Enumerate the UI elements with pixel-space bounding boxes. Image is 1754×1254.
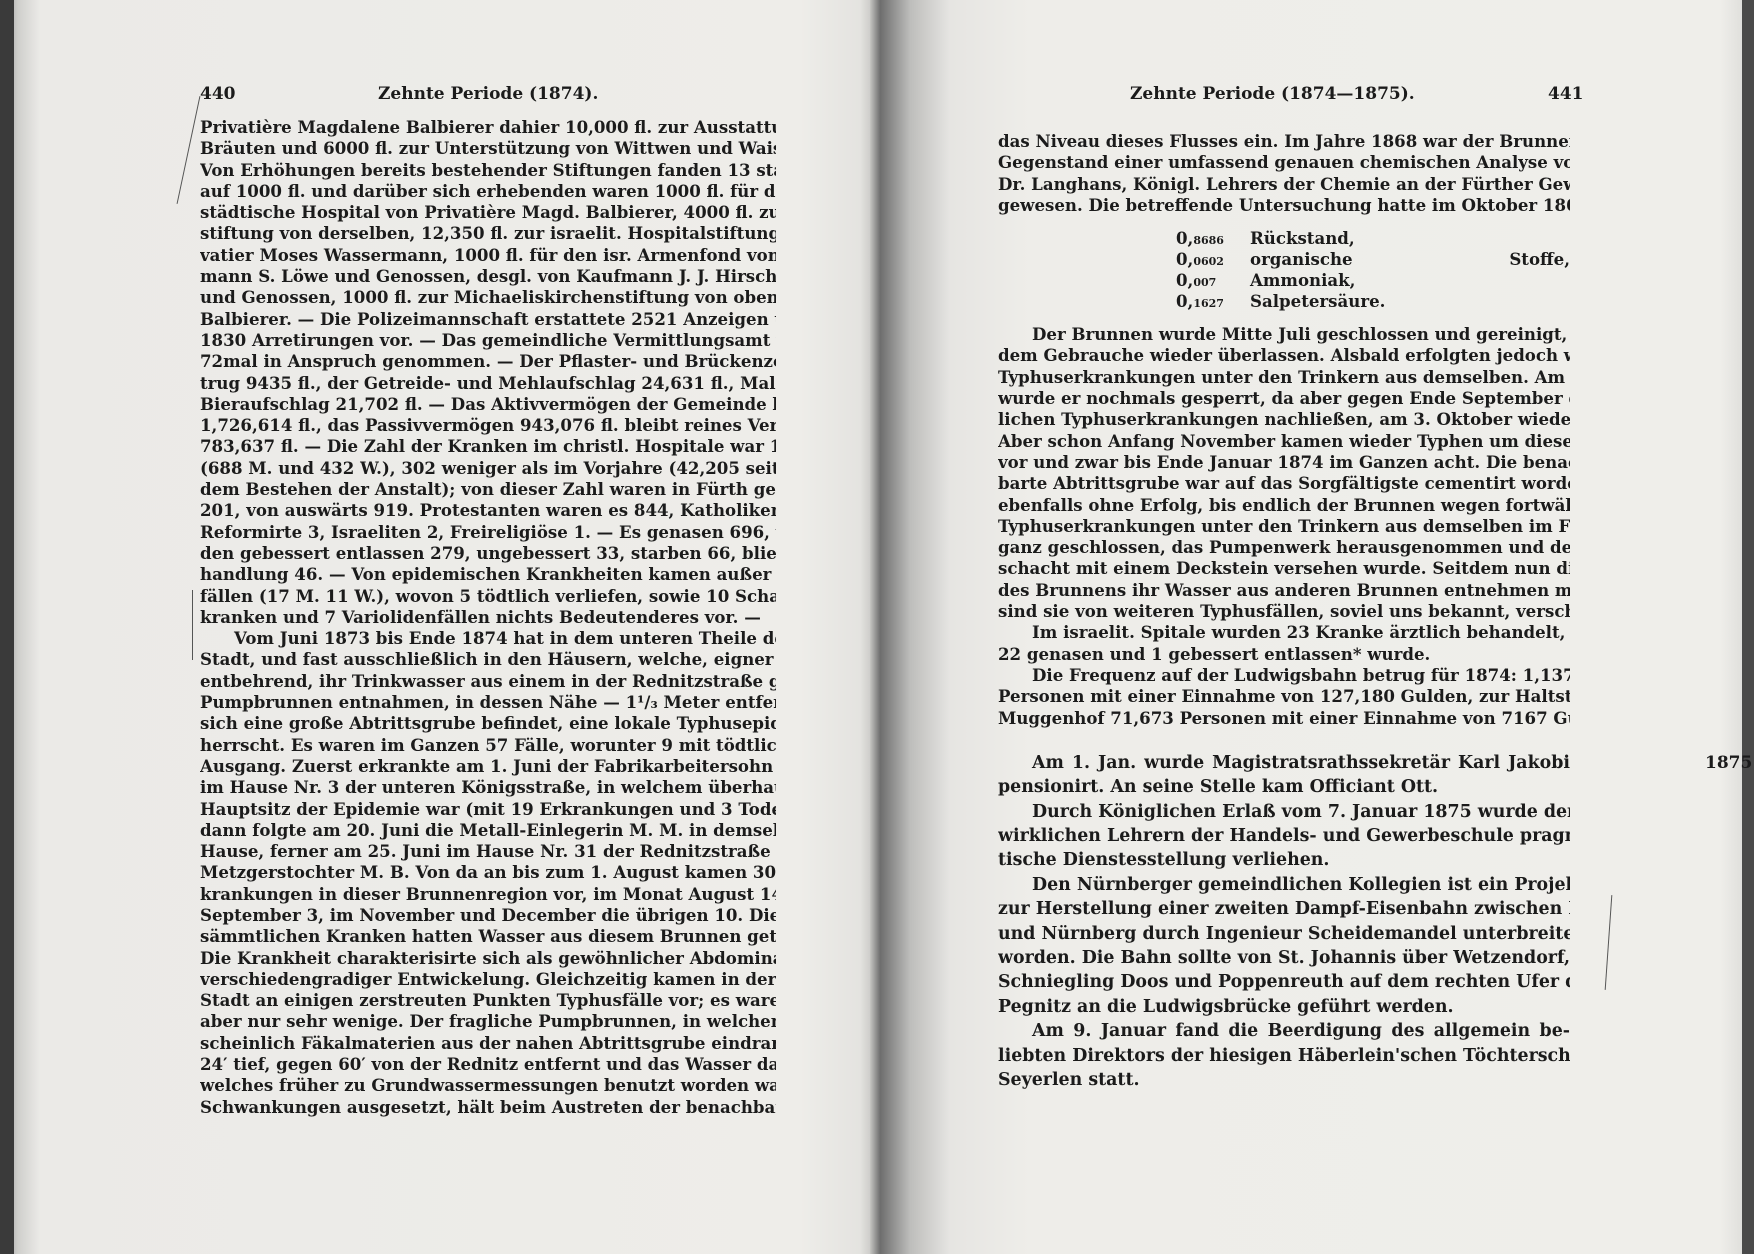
text-line: Muggenhof 71,673 Personen mit einer Einn… [998,708,1570,729]
left-page-body-text: Privatière Magdalene Balbierer dahier 10… [200,117,776,1118]
text-line: 1,726,614 fl., das Passivvermögen 943,07… [200,415,776,436]
text-line: Stadt, und fast ausschließlich in den Hä… [200,649,776,670]
analysis-value: 0, [1176,291,1193,311]
pencil-mark [1605,895,1613,990]
text-line: 1830 Arretirungen vor. — Das gemeindlich… [200,330,776,351]
text-line: Der Brunnen wurde Mitte Juli geschlossen… [998,324,1570,345]
text-line: 24′ tief, gegen 60′ von der Rednitz entf… [200,1054,776,1075]
analysis-decimals: 007 [1193,276,1216,289]
text-line: sich eine große Abtrittsgrube befindet, … [200,713,776,734]
text-line: wurde er nochmals gesperrt, da aber gege… [998,388,1570,409]
page-edge-right [1742,0,1754,1254]
text-line: Typhuserkrankungen unter den Trinkern au… [998,367,1570,388]
text-line: des Brunnens ihr Wasser aus anderen Brun… [998,580,1570,601]
text-line: 72mal in Anspruch genommen. — Der Pflast… [200,351,776,372]
text-line: Im israelit. Spitale wurden 23 Kranke är… [998,622,1570,643]
analysis-value: 0, [1176,270,1193,290]
text-line: September 3, im November und December di… [200,905,776,926]
text-line: barte Abtrittsgrube war auf das Sorgfält… [998,473,1570,494]
text-line: vatier Moses Wassermann, 1000 fl. für de… [200,245,776,266]
text-line: worden. Die Bahn sollte von St. Johannis… [998,946,1570,970]
pencil-mark [177,96,201,204]
text-line: Bieraufschlag 21,702 fl. — Das Aktivverm… [200,394,776,415]
analysis-value: 0, [1176,228,1193,248]
text-line: Von Erhöhungen bereits bestehender Stift… [200,160,776,181]
text-line: krankungen in dieser Brunnenregion vor, … [200,884,776,905]
text-line: verschiedengradiger Entwickelung. Gleich… [200,969,776,990]
analysis-row: 0,0602organische Stoffe, [1176,249,1570,270]
text-line: schacht mit einem Deckstein versehen wur… [998,558,1570,579]
text-line: Aber schon Anfang November kamen wieder … [998,431,1570,452]
text-line: auf 1000 fl. und darüber sich erhebenden… [200,181,776,202]
text-line: Die Frequenz auf der Ludwigsbahn betrug … [998,665,1570,686]
text-line: Schwankungen ausgesetzt, hält beim Austr… [200,1097,776,1118]
analysis-decimals: 0602 [1193,255,1224,268]
section-gap [998,729,1570,751]
analysis-label: Salpetersäure. [1250,291,1385,311]
analysis-row: 0,007Ammoniak, [1176,270,1570,291]
page-number-left: 440 [200,84,236,104]
text-line: den gebessert entlassen 279, ungebessert… [200,543,776,564]
text-line: tische Dienstesstellung verliehen. [998,848,1570,872]
text-line: Am 9. Januar fand die Beerdigung des all… [998,1019,1570,1043]
text-line: Den Nürnberger gemeindlichen Kollegien i… [998,873,1570,897]
text-line: ebenfalls ohne Erfolg, bis endlich der B… [998,495,1570,516]
page-number-right: 441 [1548,84,1584,104]
text-line: städtische Hospital von Privatière Magd.… [200,202,776,223]
chemical-analysis-list: 0,8686Rückstand, 0,0602organische Stoffe… [1176,228,1570,312]
text-line: Pumpbrunnen entnahmen, in dessen Nähe — … [200,692,776,713]
text-line: dem Gebrauche wieder überlassen. Alsbald… [998,345,1570,366]
text-line: Metzgerstochter M. B. Von da an bis zum … [200,862,776,883]
text-line: Reformirte 3, Israeliten 2, Freireligiös… [200,522,776,543]
text-line: mann S. Löwe und Genossen, desgl. von Ka… [200,266,776,287]
analysis-label: Rückstand, [1250,228,1355,248]
text-line: Stadt an einigen zerstreuten Punkten Typ… [200,990,776,1011]
text-line: fällen (17 M. 11 W.), wovon 5 tödtlich v… [200,586,776,607]
pencil-mark [192,590,193,660]
analysis-label: organische Stoffe, [1250,249,1570,269]
text-line: vor und zwar bis Ende Januar 1874 im Gan… [998,452,1570,473]
text-line: wirklichen Lehrern der Handels- und Gewe… [998,824,1570,848]
text-line: Durch Königlichen Erlaß vom 7. Januar 18… [998,800,1570,824]
margin-year-note: 1875 [1705,751,1752,775]
text-line: sämmtlichen Kranken hatten Wasser aus di… [200,926,776,947]
text-line: 201, von auswärts 919. Protestanten ware… [200,500,776,521]
text-line: entbehrend, ihr Trinkwasser aus einem in… [200,671,776,692]
text-line: Typhuserkrankungen unter den Trinkern au… [998,516,1570,537]
running-title-left: Zehnte Periode (1874). [378,84,598,104]
text-line: scheinlich Fäkalmaterien aus der nahen A… [200,1033,776,1054]
text-line: das Niveau dieses Flusses ein. Im Jahre … [998,131,1570,152]
text-line: Privatière Magdalene Balbierer dahier 10… [200,117,776,138]
text-line: trug 9435 fl., der Getreide- und Mehlauf… [200,373,776,394]
text-line: dem Bestehen der Anstalt); von dieser Za… [200,479,776,500]
text-line: Dr. Langhans, Königl. Lehrers der Chemie… [998,174,1570,195]
page-edge-left [0,0,14,1254]
text-line: herrscht. Es waren im Ganzen 57 Fälle, w… [200,735,776,756]
text-line: dann folgte am 20. Juni die Metall-Einle… [200,820,776,841]
text-line: Hauptsitz der Epidemie war (mit 19 Erkra… [200,799,776,820]
text-line: aber nur sehr wenige. Der fragliche Pump… [200,1011,776,1032]
text-line: handlung 46. — Von epidemischen Krankhei… [200,564,776,585]
text-line: Personen mit einer Einnahme von 127,180 … [998,686,1570,707]
text-line: welches früher zu Grundwassermessungen b… [200,1075,776,1096]
text-line: liebten Direktors der hiesigen Häberlein… [998,1044,1570,1068]
text-line: zur Herstellung einer zweiten Dampf-Eise… [998,897,1570,921]
text-line: stiftung von derselben, 12,350 fl. zur i… [200,223,776,244]
text-line: Ausgang. Zuerst erkrankte am 1. Juni der… [200,756,776,777]
text-line: Vom Juni 1873 bis Ende 1874 hat in dem u… [200,628,776,649]
text-line: Die Krankheit charakterisirte sich als g… [200,948,776,969]
text-line: Am 1. Jan. wurde Magistratsrathssekretär… [998,751,1570,775]
text-line: Schniegling Doos und Poppenreuth auf dem… [998,970,1570,994]
text-line: kranken und 7 Varioliden­fällen nichts B… [200,607,776,628]
text-line: Bräuten und 6000 fl. zur Unterstützung v… [200,138,776,159]
text-line: und Genossen, 1000 fl. zur Michaeliskirc… [200,287,776,308]
book-spread: 440 Zehnte Periode (1874). Privatière Ma… [0,0,1754,1254]
analysis-label: Ammoniak, [1250,270,1355,290]
text-line: Hause, ferner am 25. Juni im Hause Nr. 3… [200,841,776,862]
analysis-value: 0, [1176,249,1193,269]
text-line: 22 genasen und 1 gebessert entlassen* wu… [998,644,1570,665]
text-line: Gegenstand einer umfassend genauen chemi… [998,152,1570,173]
text-line: Pegnitz an die Ludwigsbrücke geführt wer… [998,995,1570,1019]
analysis-row: 0,8686Rückstand, [1176,228,1570,249]
analysis-decimals: 8686 [1193,234,1224,247]
text-line: 783,637 fl. — Die Zahl der Kranken im ch… [200,436,776,457]
text-line: sind sie von weiteren Typhusfällen, sovi… [998,601,1570,622]
text-line: ganz geschlossen, das Pumpenwerk herausg… [998,537,1570,558]
text-line: und Nürnberg durch Ingenieur Scheidemand… [998,922,1570,946]
analysis-decimals: 1627 [1193,297,1224,310]
analysis-row: 0,1627Salpetersäure. [1176,291,1570,312]
running-title-right: Zehnte Periode (1874—1875). [1130,84,1415,104]
right-page-body-text: das Niveau dieses Flusses ein. Im Jahre … [998,131,1570,1092]
section-1875: 1875 Am 1. Jan. wurde Magistratsrathssek… [998,751,1570,1092]
text-line: lichen Typhuserkrankungen nachließen, am… [998,409,1570,430]
left-page: 440 Zehnte Periode (1874). Privatière Ma… [0,0,880,1254]
text-line: im Hause Nr. 3 der unteren Königsstraße,… [200,777,776,798]
text-line: gewesen. Die betreffende Untersuchung ha… [998,195,1570,216]
text-line: pensionirt. An seine Stelle kam Offician… [998,775,1570,799]
right-page: Zehnte Periode (1874—1875). 441 das Nive… [880,0,1754,1254]
text-line: Balbierer. — Die Polizeimannschaft ersta… [200,309,776,330]
text-line: Seyerlen statt. [998,1068,1570,1092]
text-line: (688 M. und 432 W.), 302 weniger als im … [200,458,776,479]
